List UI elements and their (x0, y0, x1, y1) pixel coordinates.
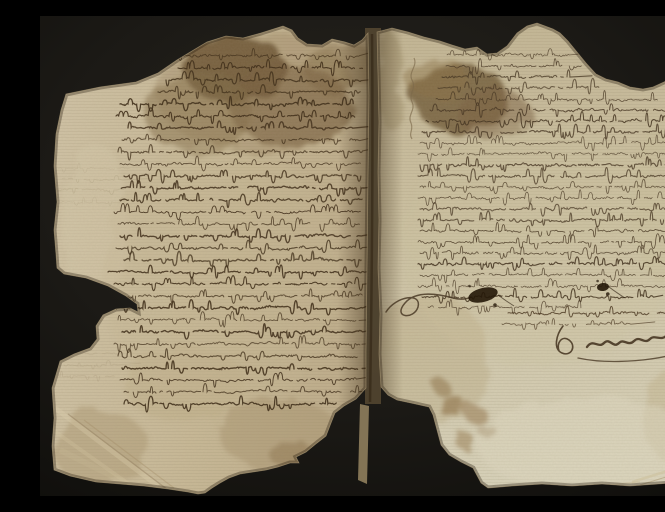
ink-blot-splatter (596, 280, 599, 283)
ink-blot-splatter (493, 303, 497, 307)
manuscript-photo: Opened bifolium of an early-modern manus… (40, 16, 665, 496)
ink-blot-splatter (468, 285, 471, 288)
manuscript-scan (40, 16, 665, 496)
ink-blot-splatter (606, 292, 610, 296)
